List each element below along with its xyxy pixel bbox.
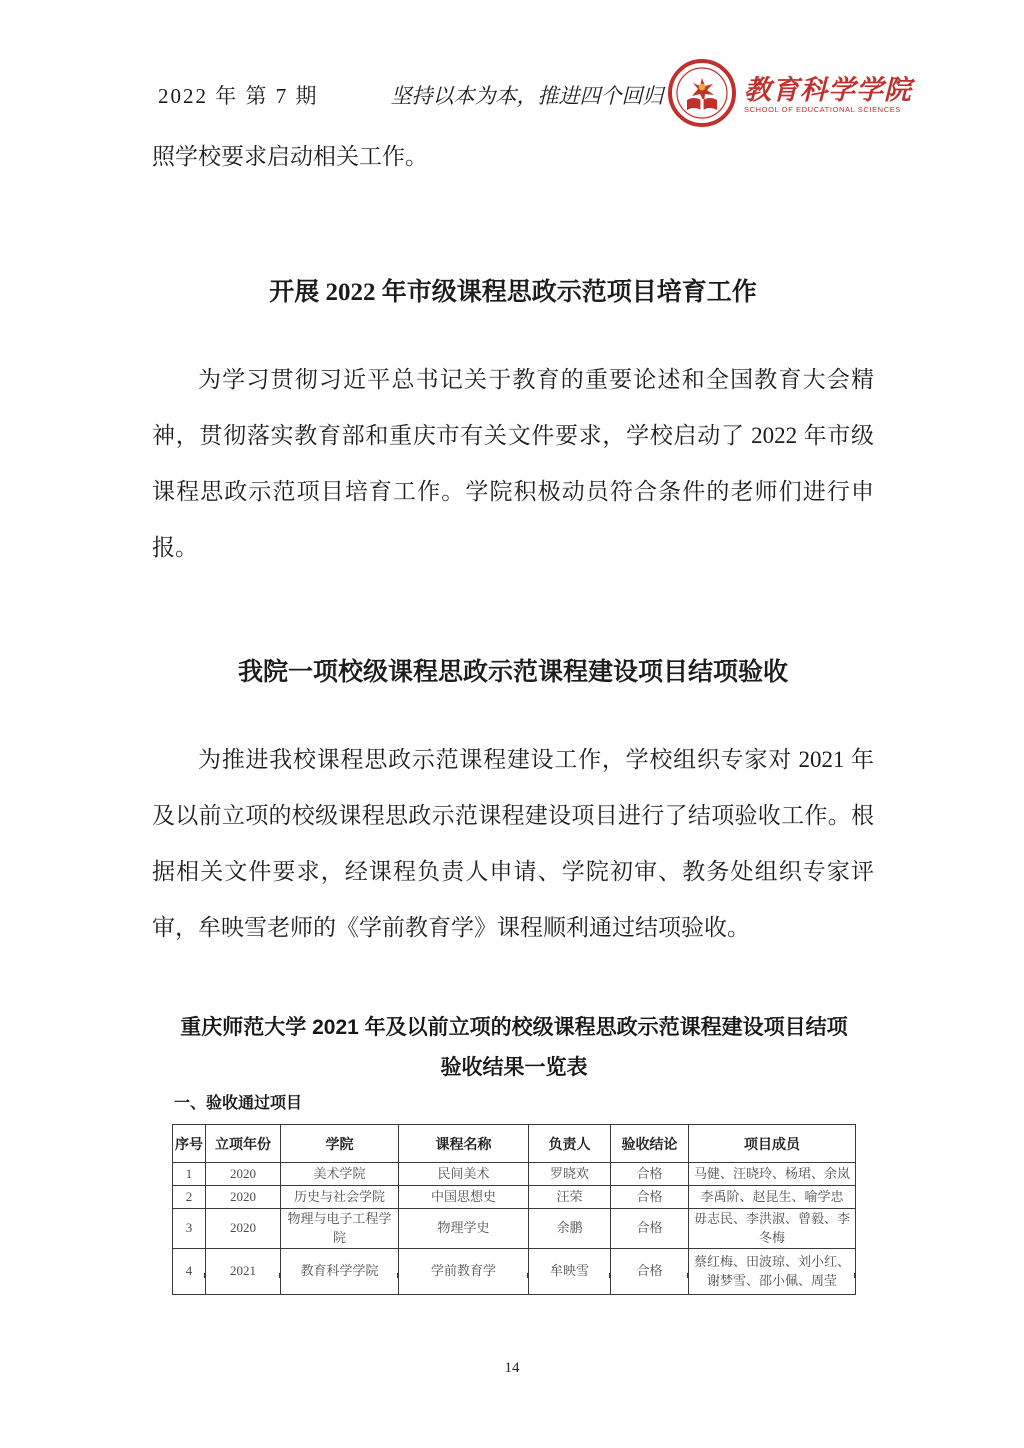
document-page: 2022 年 第 7 期 坚持以本为本，推进四个回归 教育科学学院 SCHOOL… (0, 0, 1024, 1448)
school-emblem-icon (667, 58, 737, 133)
table-cell: 毋志民、李洪淑、曾毅、李冬梅 (689, 1209, 856, 1249)
table-cell: 2020 (206, 1163, 281, 1186)
table-cell: 历史与社会学院 (281, 1186, 399, 1209)
header-cell-year: 立项年份 (206, 1125, 281, 1163)
header-cell-college: 学院 (281, 1125, 399, 1163)
table-cell: 4 (173, 1249, 206, 1295)
table-cell: 2020 (206, 1209, 281, 1249)
header-cell-index: 序号 (173, 1125, 206, 1163)
table-cell: 中国思想史 (399, 1186, 529, 1209)
page-header: 2022 年 第 7 期 坚持以本为本，推进四个回归 教育科学学院 SCHOOL… (158, 60, 912, 130)
article-paragraph-1: 为学习贯彻习近平总书记关于教育的重要论述和全国教育大会精神，贯彻落实教育部和重庆… (152, 352, 874, 576)
table-cell: 物理学史 (399, 1209, 529, 1249)
table-cell: 合格 (611, 1186, 689, 1209)
article-title-2: 我院一项校级课程思政示范课程建设项目结项验收 (152, 652, 874, 688)
results-table: 序号 立项年份 学院 课程名称 负责人 验收结论 项目成员 1 2020 美术学… (172, 1124, 856, 1295)
table-cell: 李禹阶、赵昆生、喻学忠 (689, 1186, 856, 1209)
header-cell-leader: 负责人 (529, 1125, 611, 1163)
table-cell: 罗晓欢 (529, 1163, 611, 1186)
table-header-row: 序号 立项年份 学院 课程名称 负责人 验收结论 项目成员 (173, 1125, 856, 1163)
page-number: 14 (0, 1360, 1024, 1377)
table-row: 1 2020 美术学院 民间美术 罗晓欢 合格 马健、汪晓玲、杨珺、余岚 (173, 1163, 856, 1186)
school-logo: 教育科学学院 SCHOOL OF EDUCATIONAL SCIENCES (667, 58, 912, 133)
table-cell: 物理与电子工程学院 (281, 1209, 399, 1249)
table-row: 4 2021 教育科学学院 学前教育学 牟映雪 合格 蔡红梅、田波琼、刘小红、谢… (173, 1249, 856, 1295)
table-cell: 2 (173, 1186, 206, 1209)
logo-name-en: SCHOOL OF EDUCATIONAL SCIENCES (744, 106, 912, 114)
header-cell-members: 项目成员 (689, 1125, 856, 1163)
logo-name-block: 教育科学学院 SCHOOL OF EDUCATIONAL SCIENCES (744, 76, 912, 114)
table-title: 重庆师范大学 2021 年及以前立项的校级课程思政示范课程建设项目结项验收结果一… (172, 1008, 856, 1088)
table-cell: 马健、汪晓玲、杨珺、余岚 (689, 1163, 856, 1186)
table-cell: 蔡红梅、田波琼、刘小红、谢梦雪、邵小佩、周莹 (689, 1249, 856, 1295)
table-cell: 3 (173, 1209, 206, 1249)
table-stub-row (172, 1273, 855, 1278)
table-cell: 合格 (611, 1249, 689, 1295)
table-cell: 学前教育学 (399, 1249, 529, 1295)
table-cell: 合格 (611, 1163, 689, 1186)
table-cell: 教育科学学院 (281, 1249, 399, 1295)
header-cell-result: 验收结论 (611, 1125, 689, 1163)
table-cell: 合格 (611, 1209, 689, 1249)
table-cell: 民间美术 (399, 1163, 529, 1186)
table-cell: 2020 (206, 1186, 281, 1209)
table-cell: 1 (173, 1163, 206, 1186)
header-cell-course: 课程名称 (399, 1125, 529, 1163)
table-cell: 美术学院 (281, 1163, 399, 1186)
article-title-1: 开展 2022 年市级课程思政示范项目培育工作 (152, 272, 874, 308)
issue-label: 2022 年 第 7 期 (158, 80, 319, 110)
article-paragraph-2: 为推进我校课程思政示范课程建设工作，学校组织专家对 2021 年及以前立项的校级… (152, 732, 874, 956)
table-cell: 牟映雪 (529, 1249, 611, 1295)
table-section-label: 一、验收通过项目 (174, 1090, 302, 1113)
lead-paragraph: 照学校要求启动相关工作。 (152, 138, 874, 171)
table-cell: 汪荣 (529, 1186, 611, 1209)
table-row: 3 2020 物理与电子工程学院 物理学史 余鹏 合格 毋志民、李洪淑、曾毅、李… (173, 1209, 856, 1249)
table-row: 2 2020 历史与社会学院 中国思想史 汪荣 合格 李禹阶、赵昆生、喻学忠 (173, 1186, 856, 1209)
header-slogan: 坚持以本为本，推进四个回归 (391, 80, 664, 110)
table-cell: 2021 (206, 1249, 281, 1295)
logo-name-cn: 教育科学学院 (744, 76, 912, 104)
table-cell: 余鹏 (529, 1209, 611, 1249)
